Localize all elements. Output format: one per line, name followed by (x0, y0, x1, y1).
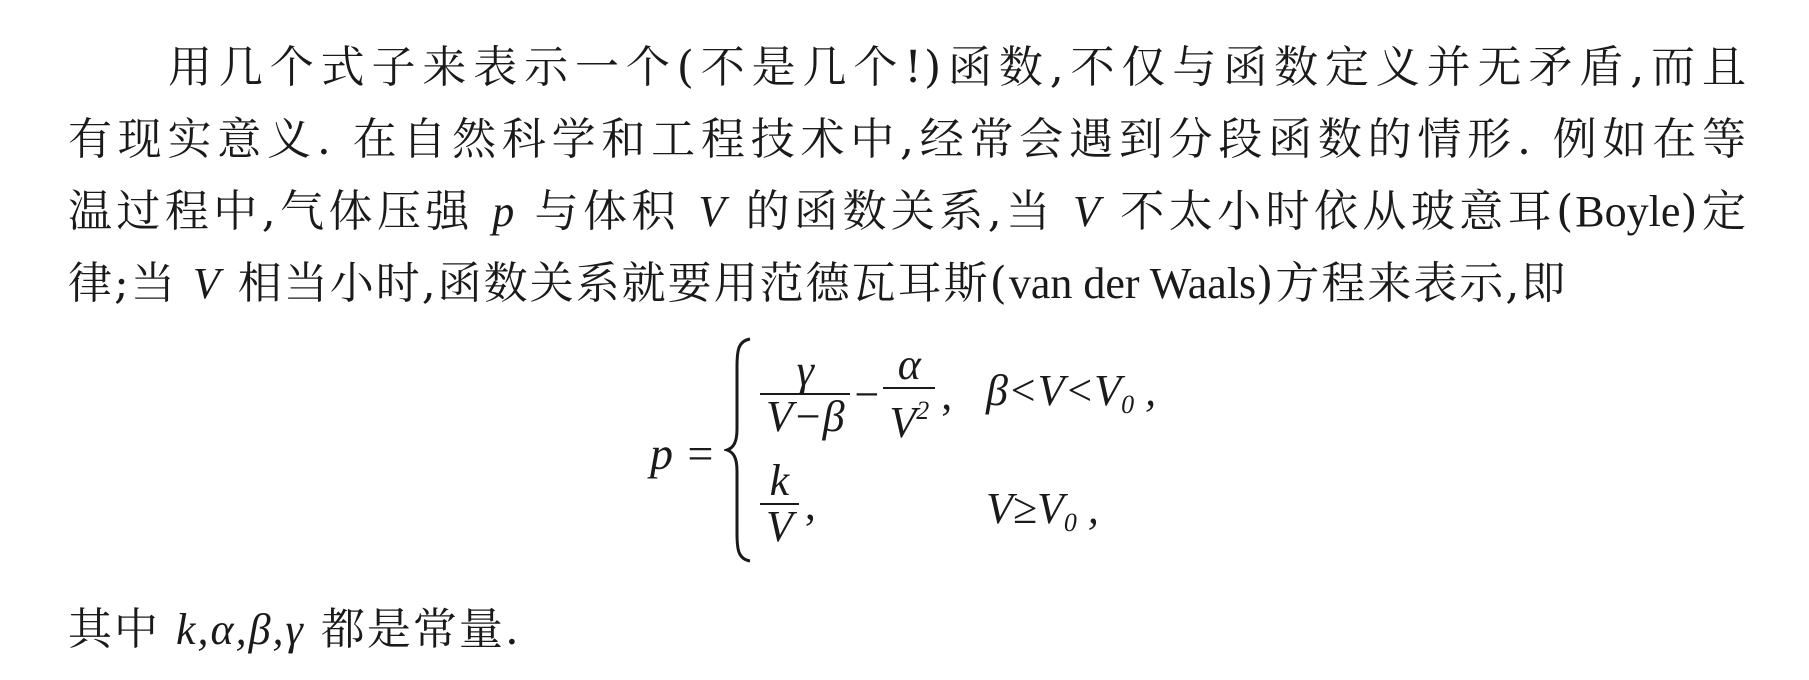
formula-lhs: p = (650, 427, 716, 480)
numerator: γ (791, 349, 820, 393)
term-boyle: Boyle (1575, 187, 1680, 236)
condition-text: β<V<V (986, 366, 1121, 415)
text-segment: 其中 (68, 604, 176, 655)
condition-2: V≥V0 , (986, 483, 1099, 538)
formula-case-2: k V , (758, 459, 816, 549)
condition-text: V≥V (986, 484, 1064, 533)
denominator: V (760, 505, 799, 549)
condition-1: β<V<V0 , (986, 365, 1156, 420)
textbook-page: 用几个式子来表示一个(不是几个!)函数,不仅与函数定义并无矛盾,而且 有现实意义… (0, 0, 1809, 680)
paragraph-line-2: 有现实意义. 在自然科学和工程技术中,经常会遇到分段函数的情形. 例如在等 (68, 112, 1748, 168)
paragraph-line-4: 律;当 V 相当小时,函数关系就要用范德瓦耳斯(van der Waals)方程… (68, 256, 1567, 312)
exponent: 2 (916, 396, 929, 425)
text-segment: 与体积 (516, 186, 698, 237)
left-brace-icon (724, 337, 754, 563)
text-segment: )方程来表示,即 (1256, 258, 1567, 309)
text-segment: 都是常量. (305, 604, 521, 655)
numerator: k (764, 459, 796, 503)
paragraph-line-1: 用几个式子来表示一个(不是几个!)函数,不仅与函数定义并无矛盾,而且 (168, 40, 1748, 96)
denominator-base: V (889, 398, 916, 447)
subscript: 0 (1064, 508, 1077, 537)
numerator: α (892, 343, 927, 387)
var-p: p (492, 187, 516, 236)
formula-case-1: γ V−β − α V2 , (758, 343, 952, 445)
text-segment: 不太小时依从玻意耳( (1102, 186, 1575, 237)
closing-line: 其中 k,α,β,γ 都是常量. (68, 602, 521, 658)
fraction: γ V−β (760, 349, 850, 439)
fraction: k V (760, 459, 799, 549)
var-V: V (698, 187, 727, 236)
denominator: V2 (883, 389, 935, 445)
text-segment: 的函数关系,当 (727, 186, 1073, 237)
denominator: V−β (760, 395, 850, 439)
paragraph-line-3: 温过程中,气体压强 p 与体积 V 的函数关系,当 V 不太小时依从玻意耳(Bo… (68, 184, 1748, 240)
text-segment: )定 (1680, 186, 1748, 237)
piecewise-formula: p = γ V−β − α V2 , β<V<V0 , k V (650, 335, 1210, 565)
text-segment: 相当小时,函数关系就要用范德瓦耳斯( (222, 258, 1009, 309)
condition-punct: , (1077, 484, 1099, 533)
comma: , (941, 369, 952, 420)
term-van-der-waals: van der Waals (1009, 259, 1256, 308)
condition-punct: , (1134, 366, 1156, 415)
subscript: 0 (1121, 390, 1134, 419)
text-segment: 温过程中,气体压强 (68, 186, 492, 237)
text-segment: 律;当 (68, 258, 193, 309)
minus-operator: − (854, 369, 879, 420)
constants-list: k,α,β,γ (176, 605, 305, 654)
fraction: α V2 (883, 343, 935, 445)
var-V: V (193, 259, 222, 308)
var-V: V (1073, 187, 1102, 236)
comma: , (805, 479, 816, 530)
